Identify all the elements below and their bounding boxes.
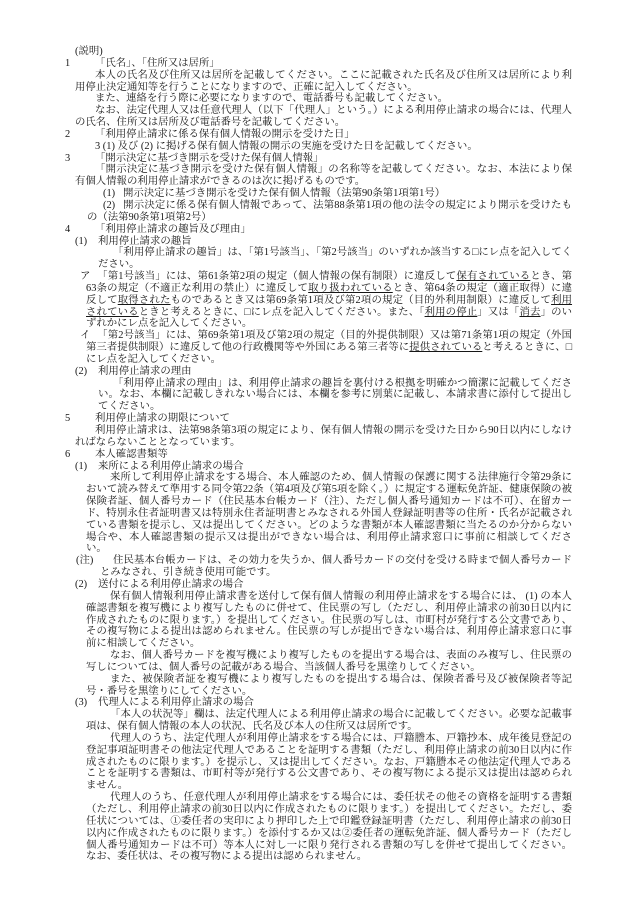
paragraph: 利用停止請求は、法第98条第3項の規定により、保有個人情報の開示を受けた日から9… [75,425,572,449]
underlined-text: 提供されている [409,342,482,353]
section-heading-text: 「氏名」、「住所又は居所」 [95,58,220,69]
paragraph: 「利用停止請求の趣旨」は、「第1号該当」、「第2号該当」のいずれか該当する□にレ… [98,247,572,271]
document-page: (説明) 1「氏名」、「住所又は居所」 本人の氏名及び住所又は居所を記載してくだ… [0,0,630,903]
subsection-heading: (3)代理人による利用停止請求の場合 [75,697,572,709]
subsection-heading: (2)利用停止請求の理由 [75,366,572,378]
note-label: (注) [88,555,113,567]
document-title: (説明) [75,46,572,58]
section-number: 3 [65,153,95,165]
item-label: イ [83,330,97,342]
subsection-label: (3) [75,697,98,709]
subsection-heading-text: 利用停止請求の理由 [98,366,192,377]
item-i: イ「第2号該当」には、第69条第1項及び第2項の規定（目的外提供制限）又は第71… [86,330,572,366]
paragraph: また、被保険者証を複写機により複写したものを提出する場合は、保険者番号及び被保険… [86,674,572,698]
paragraph: 「本人の状況等」欄は、法定代理人による利用停止請求の場合に記載してください。必要… [86,709,572,733]
section-number: 6 [65,449,95,461]
subsection-heading-text: 送付による利用停止請求の場合 [98,579,243,590]
note-paragraph: (注)住民基本台帳カードは、その効力を失うか、個人番号カードの交付を受ける時まで… [100,555,572,579]
item-text-segment: ものであるとき又は第69条第1項及び第2項の規定（目的外利用制限）に違反して [171,295,552,306]
underlined-text: 保有されている [456,271,530,282]
note-text: 住民基本台帳カードは、その効力を失うか、個人番号カードの交付を受ける時まで個人番… [100,555,572,578]
section-3-heading: 3「開示決定に基づき開示を受けた保有個人情報」 [65,153,572,165]
list-item: (2)開示決定に係る保有個人情報であって、法第88条第1項の他の法令の規定により… [87,200,572,224]
section-4-heading: 4「利用停止請求の趣旨及び理由」 [65,224,572,236]
section-number: 1 [65,58,95,70]
subsection-label: (2) [75,579,98,591]
list-item-text: 開示決定に基づき開示を受けた保有個人情報（法第90条第1項第1号） [123,188,445,199]
subsection-heading-text: 利用停止請求の趣旨 [98,236,192,247]
subsection-label: (2) [75,366,98,378]
section-heading-text: 「利用停止請求の趣旨及び理由」 [95,224,251,235]
paragraph: 来所して利用停止請求をする場合、本人確認のため、個人情報の保護に関する法律施行令… [86,472,572,555]
paragraph: 「利用停止請求の理由」は、利用停止請求の趣旨を裏付ける根拠を明確かつ簡潔に記載し… [98,378,572,414]
item-a: ア「第1号該当」には、第61条第2項の規定（個人情報の保有制限）に違反して保有さ… [86,271,572,330]
item-text-segment: ときと考えるときに、□にレ点を記入してください。また、「 [139,307,425,318]
paragraph: 「開示決定に基づき開示を受けた保有個人情報」の名称等を記載してください。なお、本… [75,164,572,188]
section-heading-text: 「利用停止請求に係る保有個人情報の開示を受けた日」 [95,129,355,140]
list-item-label: (2) [95,200,123,212]
paragraph: また、連絡を行う際に必要になりますので、電話番号も記載してください。 [75,93,572,105]
subsection-heading: (1)来所による利用停止請求の場合 [75,461,572,473]
paragraph: 代理人のうち、法定代理人が利用停止請求をする場合には、戸籍謄本、戸籍抄本、成年後… [86,733,572,792]
section-1-heading: 1「氏名」、「住所又は居所」 [65,58,572,70]
item-text-segment: 」又は「 [477,307,519,318]
section-number: 4 [65,224,95,236]
list-item: (1)開示決定に基づき開示を受けた保有個人情報（法第90条第1項第1号） [87,188,572,200]
subsection-heading: (2)送付による利用停止請求の場合 [75,579,572,591]
section-number: 2 [65,129,95,141]
paragraph: なお、個人番号カードを複写機により複写したものを提出する場合は、表面のみ複写し、… [86,650,572,674]
list-item-text: 開示決定に係る保有個人情報であって、法第88条第1項の他の法令の規定により開示を… [87,200,572,223]
paragraph: 3 (1) 及び (2) に掲げる保有個人情報の開示の実施を受けた日を記載してく… [75,141,572,153]
subsection-heading-text: 来所による利用停止請求の場合 [98,461,243,472]
subsection-label: (1) [75,236,98,248]
paragraph: 代理人のうち、任意代理人が利用停止請求をする場合には、委任状その他その資格を証明… [86,792,572,863]
section-heading-text: 「開示決定に基づき開示を受けた保有個人情報」 [95,153,324,164]
item-text-segment: 「第1号該当」には、第61条第2項の規定（個人情報の保有制限）に違反して [97,271,456,282]
section-heading-text: 本人確認書類等 [95,449,168,460]
underlined-text: 消去 [519,307,540,318]
paragraph: 本人の氏名及び住所又は居所を記載してください。ここに記載された氏名及び住所又は居… [75,70,572,94]
subsection-heading: (1)利用停止請求の趣旨 [75,236,572,248]
paragraph: 保有個人情報利用停止請求書を送付して保有個人情報の利用停止請求をする場合には、 … [86,591,572,650]
section-heading-text: 利用停止請求の期限について [95,413,230,424]
underlined-text: 利用の停止 [425,307,478,318]
subsection-label: (1) [75,461,98,473]
item-label: ア [83,271,97,283]
list-item-label: (1) [95,188,123,200]
section-number: 5 [65,413,95,425]
section-2-heading: 2「利用停止請求に係る保有個人情報の開示を受けた日」 [65,129,572,141]
underlined-text: 取り扱われている [308,283,393,294]
section-6-heading: 6本人確認書類等 [65,449,572,461]
subsection-heading-text: 代理人による利用停止請求の場合 [98,697,254,708]
paragraph: なお、法定代理人又は任意代理人（以下「代理人」という。）による利用停止請求の場合… [75,105,572,129]
section-5-heading: 5利用停止請求の期限について [65,413,572,425]
underlined-text: 取得された [118,295,171,306]
